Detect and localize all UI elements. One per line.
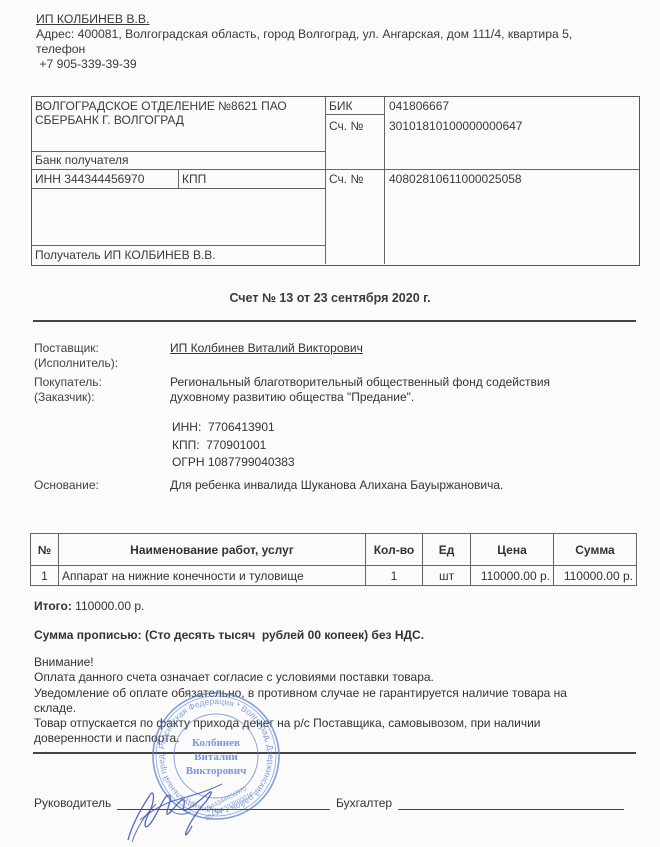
divider xyxy=(325,114,384,115)
divider xyxy=(32,245,325,246)
buyer-label: Покупатель: (Заказчик): xyxy=(34,375,102,405)
buyer-inn: ИНН: 7706413901 xyxy=(172,419,295,437)
accountant-label: Бухгалтер xyxy=(336,796,392,811)
total-label: Итого: xyxy=(34,599,72,613)
supplier-label: Поставщик: (Исполнитель): xyxy=(34,341,118,371)
buyer-label-line-1: Покупатель: xyxy=(34,375,102,390)
bik-label: БИК xyxy=(329,99,353,113)
stamp-name-2: Виталий xyxy=(194,751,238,763)
cell-name: Аппарат на нижние конечности и туловище xyxy=(59,566,366,586)
buyer-kpp: КПП: 770901001 xyxy=(172,437,295,455)
amount-in-words: Сумма прописью: (Сто десять тысяч рублей… xyxy=(34,628,424,643)
footer-rule xyxy=(33,752,636,754)
notice-line: складе. xyxy=(34,701,567,716)
bank-name-line-2: СБЕРБАНК Г. ВОЛГОГРАД xyxy=(35,113,184,127)
supplier-company-name: ИП КОЛБИНЕВ В.В. xyxy=(36,12,636,27)
buyer-value: Региональный благотворительный обществен… xyxy=(170,375,550,405)
divider xyxy=(32,188,325,189)
corr-account-value: 30101810100000000647 xyxy=(389,119,522,133)
stamp-name-1: Колбинев xyxy=(192,737,240,749)
divider xyxy=(178,170,179,188)
bik-value: 041806667 xyxy=(389,99,449,113)
divider xyxy=(325,97,326,264)
invoice-title: Счет № 13 от 23 сентября 2020 г. xyxy=(0,291,660,305)
items-header-row: № Наименование работ, услуг Кол-во Ед Це… xyxy=(31,534,637,566)
director-label: Руководитель xyxy=(34,796,111,811)
bank-label: Банк получателя xyxy=(35,153,128,167)
cell-sum: 110000.00 р. xyxy=(554,566,637,586)
amount-words-label: Сумма прописью: xyxy=(34,628,142,642)
notice-line: Внимание! xyxy=(34,655,567,670)
notice-line: Уведомление об оплате обязательно, в про… xyxy=(34,686,567,701)
recipient-inn: ИНН 344344456970 xyxy=(35,172,144,186)
cell-unit: шт xyxy=(423,566,471,586)
supplier-label-line-2: (Исполнитель): xyxy=(34,356,118,371)
cell-qty: 1 xyxy=(366,566,423,586)
supplier-phone: +7 905-339-39-39 xyxy=(36,57,636,72)
supplier-label-line-1: Поставщик: xyxy=(34,341,118,356)
col-qty: Кол-во xyxy=(366,534,423,566)
total-line: Итого: 110000.00 р. xyxy=(34,599,144,614)
corr-account-label: Сч. № xyxy=(329,119,363,133)
supplier-value: ИП Колбинев Виталий Викторович xyxy=(170,341,363,356)
divider xyxy=(32,169,639,170)
buyer-label-line-2: (Заказчик): xyxy=(34,390,102,405)
buyer-requisites: ИНН: 7706413901 КПП: 770901001 ОГРН 1087… xyxy=(172,419,295,472)
notice-line: Оплата данного счета означает согласие с… xyxy=(34,670,567,685)
amount-words-value: (Сто десять тысяч рублей 00 копеек) без … xyxy=(142,628,424,642)
notice-block: Внимание! Оплата данного счета означает … xyxy=(34,655,567,747)
bank-name-line-1: ВОЛГОГРАДСКОЕ ОТДЕЛЕНИЕ №8621 ПАО xyxy=(35,99,287,113)
signature-icon xyxy=(110,770,250,845)
buyer-ogrn: ОГРН 1087799040383 xyxy=(172,454,295,472)
basis-value: Для ребенка инвалида Шуканова Алихана Ба… xyxy=(170,478,503,493)
col-price: Цена xyxy=(471,534,554,566)
accountant-signature-line xyxy=(398,809,624,810)
total-value: 110000.00 р. xyxy=(72,599,145,613)
supplier-address: Адрес: 400081, Волгоградская область, го… xyxy=(36,27,636,42)
table-row: 1 Аппарат на нижние конечности и туловищ… xyxy=(31,566,637,586)
buyer-value-line-2: духовному развитию общества "Предание". xyxy=(170,390,550,405)
bank-details-table: ВОЛГОГРАДСКОЕ ОТДЕЛЕНИЕ №8621 ПАО СБЕРБА… xyxy=(31,96,640,266)
recipient-kpp: КПП xyxy=(182,172,206,186)
cell-no: 1 xyxy=(31,566,59,586)
divider xyxy=(32,151,325,152)
divider xyxy=(384,97,385,264)
items-table: № Наименование работ, услуг Кол-во Ед Це… xyxy=(30,533,637,586)
col-unit: Ед xyxy=(423,534,471,566)
notice-line: доверенности и паспорта. xyxy=(34,731,567,746)
title-rule xyxy=(33,320,636,322)
notice-line: Товар отпускается по факту прихода денег… xyxy=(34,716,567,731)
col-name: Наименование работ, услуг xyxy=(59,534,366,566)
buyer-value-line-1: Региональный благотворительный обществен… xyxy=(170,375,550,390)
supplier-header: ИП КОЛБИНЕВ В.В. Адрес: 400081, Волгогра… xyxy=(36,12,636,72)
col-no: № xyxy=(31,534,59,566)
account-value: 40802810611000025058 xyxy=(389,172,522,186)
basis-label: Основание: xyxy=(34,478,99,493)
recipient-name: Получатель ИП КОЛБИНЕВ В.В. xyxy=(35,248,216,262)
cell-price: 110000.00 р. xyxy=(471,566,554,586)
supplier-phone-label: телефон xyxy=(36,42,636,57)
account-label: Сч. № xyxy=(329,172,363,186)
col-sum: Сумма xyxy=(554,534,637,566)
